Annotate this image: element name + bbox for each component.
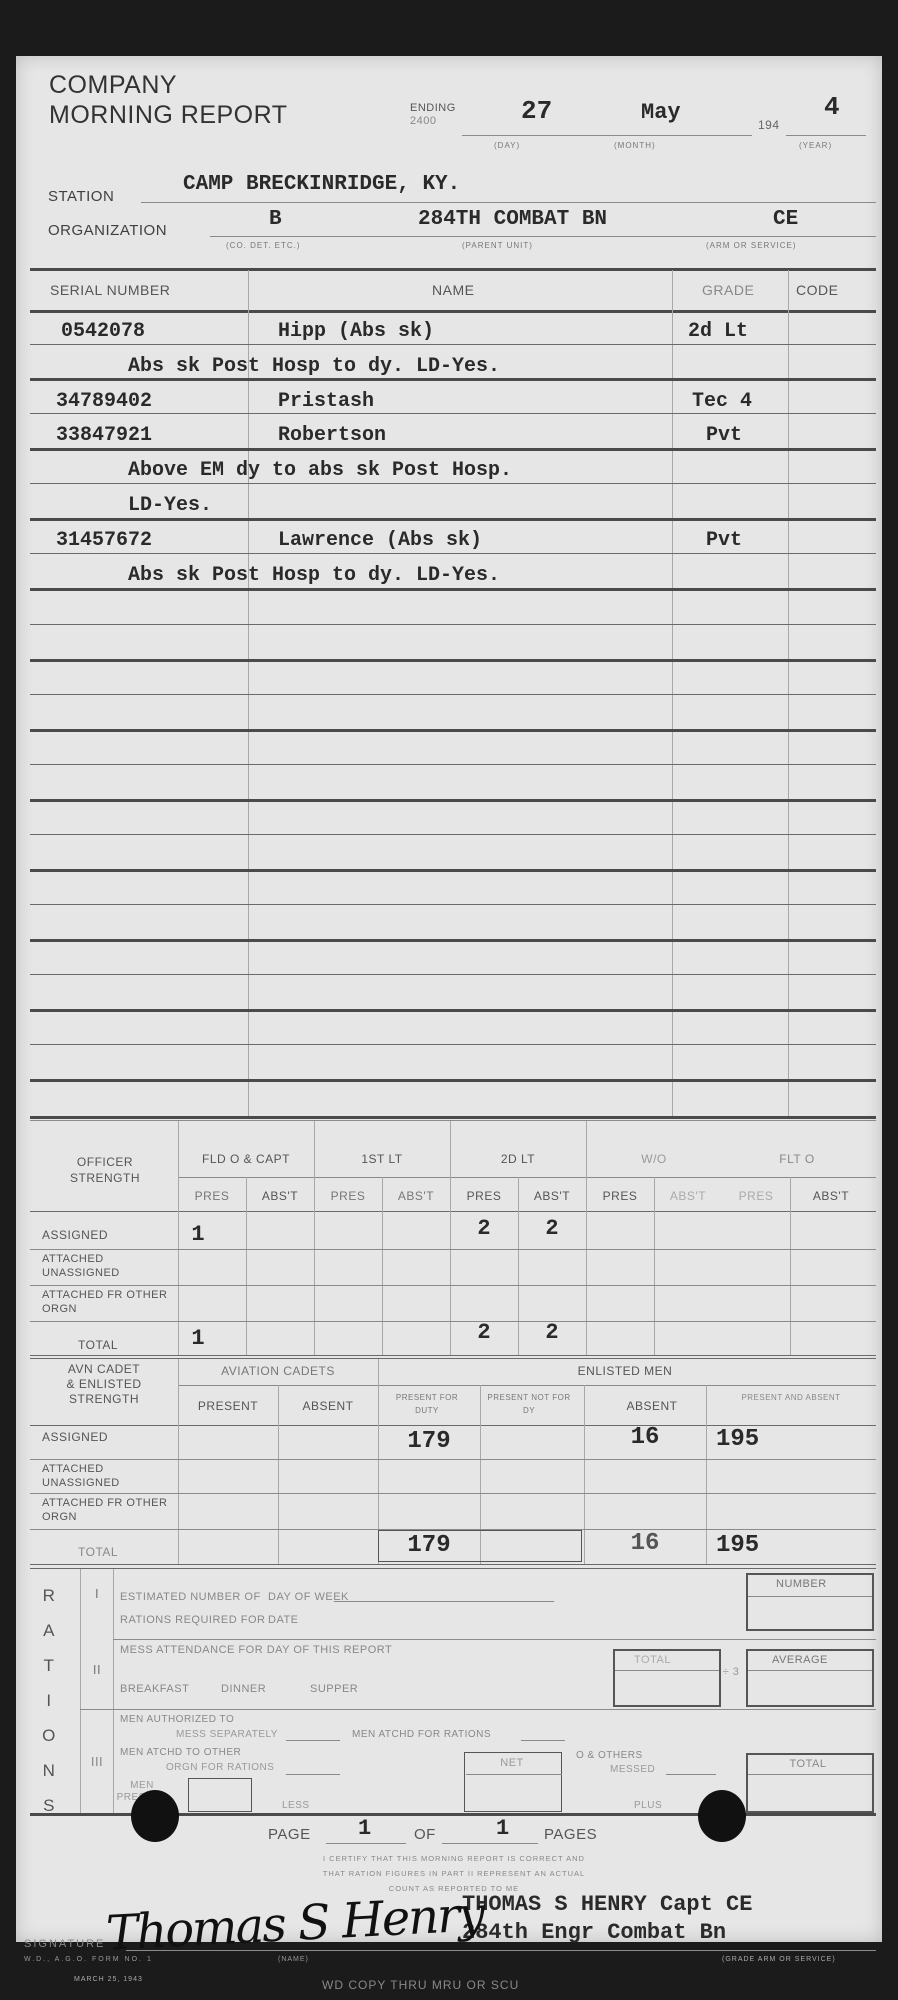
sub-pres: PRES	[586, 1189, 654, 1203]
ending-label: ENDING 2400	[410, 102, 456, 128]
roster-name: Hipp (Abs sk)	[278, 320, 434, 343]
certify-line2: THAT RATION FIGURES IN PART II REPRESENT…	[234, 1866, 674, 1881]
roster-name: Pristash	[278, 390, 374, 413]
mess-separately-line	[286, 1740, 340, 1741]
officer-row-rule	[30, 1249, 876, 1250]
roster-rule	[30, 1079, 876, 1082]
em-absent-header: ABSENT	[600, 1399, 704, 1413]
rations-letter: N	[38, 1753, 60, 1788]
punch-hole-right-icon	[698, 1790, 746, 1842]
date-label: DATE	[268, 1609, 349, 1632]
enlisted-strength-title: AVN CADET & ENLISTED STRENGTH	[34, 1362, 174, 1407]
roster-rule	[30, 413, 876, 414]
part-1-line2: RATIONS REQUIRED FOR	[120, 1609, 265, 1632]
report-month: May	[641, 100, 681, 125]
men-present-line1: MEN	[102, 1780, 182, 1792]
officer-table-top	[30, 1120, 876, 1121]
roster-grade: Pvt	[706, 424, 742, 447]
plus-label: PLUS	[634, 1800, 662, 1811]
average-box-label: AVERAGE	[772, 1654, 828, 1666]
name-caption: (NAME)	[278, 1956, 309, 1963]
day-of-week-label: DAY OF WEEK	[268, 1586, 349, 1609]
number-box-rule	[748, 1596, 872, 1597]
part-2-numeral: II	[82, 1662, 112, 1677]
em-present-and-absent-total: 195	[716, 1532, 759, 1559]
roster-rule	[30, 764, 876, 765]
enlisted-col-line	[178, 1359, 179, 1564]
year-prefix: 194	[758, 118, 780, 132]
roster-serial: 0542078	[61, 320, 145, 343]
em-present-and-absent-header: PRESENT AND ABSENT	[736, 1391, 846, 1404]
em-present-for-duty-header: PRESENT FOR DUTY	[384, 1391, 470, 1417]
em-present-and-absent-assigned: 195	[716, 1426, 759, 1453]
em-present-for-duty-assigned: 179	[378, 1428, 480, 1455]
aviation-cadets-header: AVIATION CADETS	[178, 1364, 378, 1378]
roster-rule	[30, 344, 876, 345]
roster-remark: Abs sk Post Hosp to dy. LD-Yes.	[128, 564, 500, 587]
em-absent-assigned: 16	[584, 1424, 706, 1451]
2d-lt-abst-total: 2	[518, 1320, 586, 1345]
enlisted-row-label: TOTAL	[78, 1545, 118, 1559]
others-messed-line	[666, 1774, 716, 1775]
grade-header: GRADE	[702, 282, 754, 298]
rations-col-line	[113, 1569, 114, 1813]
sub-abst: ABS'T	[790, 1189, 872, 1203]
org-parent-unit: 284TH COMBAT BN	[418, 208, 607, 231]
organization-label: ORGANIZATION	[48, 222, 167, 239]
group-w-o: W/O	[586, 1152, 722, 1166]
officer-row-label: ATTACHED FR OTHER ORGN	[42, 1288, 172, 1316]
others-line1: O & OTHERS	[576, 1750, 643, 1761]
rations-letter: T	[38, 1648, 60, 1683]
rations-letter: S	[38, 1788, 60, 1823]
part-1-label: ESTIMATED NUMBER OF RATIONS REQUIRED FOR	[120, 1586, 265, 1632]
day-caption: (DAY)	[494, 141, 520, 150]
certify-line1: I CERTIFY THAT THIS MORNING REPORT IS CO…	[234, 1851, 674, 1866]
typed-unit: 284th Engr Combat Bn	[462, 1920, 726, 1945]
sub-abst: ABS'T	[518, 1189, 586, 1203]
page-total: 1	[496, 1816, 509, 1841]
men-atchd-other-line1: MEN ATCHD TO OTHER	[120, 1747, 241, 1758]
officer-row-label: TOTAL	[78, 1338, 118, 1352]
station-underline	[141, 202, 876, 203]
officer-strength-title: OFFICER STRENGTH	[40, 1154, 170, 1186]
men-authorized-line2: MESS SEPARATELY	[176, 1729, 278, 1740]
form-title-line2: MORNING REPORT	[49, 100, 288, 130]
org-arm: CE	[773, 208, 798, 231]
rations-letter: I	[38, 1683, 60, 1718]
rations-total-label: TOTAL	[746, 1758, 870, 1770]
sub-pres: PRES	[314, 1189, 382, 1203]
fld-o-capt-pres-total: 1	[178, 1326, 218, 1351]
grade-caption: (GRADE ARM OR SERVICE)	[722, 1956, 836, 1963]
year-caption: (YEAR)	[799, 141, 832, 150]
cadets-present-header: PRESENT	[178, 1399, 278, 1413]
divide-by-three: ÷ 3	[720, 1666, 742, 1678]
officer-row-label: ATTACHED UNASSIGNED	[42, 1252, 172, 1280]
organization-underline	[210, 236, 876, 237]
mess-attendance-heading: MESS ATTENDANCE FOR DAY OF THIS REPORT	[120, 1644, 392, 1656]
group-fld-o-capt: FLD O & CAPT	[178, 1152, 314, 1166]
name-grade-divider	[672, 270, 673, 1116]
officer-row-rule	[30, 1285, 876, 1286]
men-atchd-rations-label: MEN ATCHD FOR RATIONS	[352, 1729, 491, 1740]
month-caption: (MONTH)	[614, 141, 656, 150]
date-underline	[462, 135, 752, 136]
group-2d-lt: 2D LT	[450, 1152, 586, 1166]
roster-rule	[30, 483, 876, 484]
rations-letter: A	[38, 1613, 60, 1648]
roster-rule	[30, 624, 876, 625]
officer-col-line	[246, 1177, 247, 1355]
2d-lt-pres-assigned: 2	[450, 1216, 518, 1241]
enlisted-title-3: STRENGTH	[34, 1392, 174, 1407]
men-authorized-line1: MEN AUTHORIZED TO	[120, 1714, 234, 1725]
signature-label: SIGNATURE	[24, 1938, 105, 1950]
serial-name-divider	[248, 270, 249, 1116]
form-date: MARCH 25, 1943	[74, 1976, 143, 1983]
number-box-label: NUMBER	[776, 1578, 827, 1590]
org-company: B	[269, 208, 282, 231]
breakfast-label: BREAKFAST	[120, 1683, 189, 1695]
org-parent-caption: (PARENT UNIT)	[462, 241, 533, 250]
enlisted-group-rule	[178, 1385, 876, 1386]
cadets-absent-header: ABSENT	[278, 1399, 378, 1413]
men-atchd-rations-line	[521, 1740, 565, 1741]
roster-rule	[30, 518, 876, 521]
officer-strength-title-2: STRENGTH	[40, 1170, 170, 1186]
ending-label-text: ENDING	[410, 102, 456, 115]
officer-table-bottom	[30, 1355, 876, 1356]
roster-rule	[30, 834, 876, 835]
roster-rule	[30, 904, 876, 905]
station-value: CAMP BRECKINRIDGE, KY.	[183, 173, 460, 196]
officer-group-rule	[178, 1177, 876, 1178]
officer-row-label: ASSIGNED	[42, 1228, 108, 1242]
form-title-line1: COMPANY	[49, 70, 177, 100]
form-number: W.D., A.G.O. FORM NO. 1	[24, 1956, 153, 1963]
ending-time-text: 2400	[410, 115, 456, 128]
roster-remark: LD-Yes.	[128, 494, 212, 517]
roster-remark: Above EM dy to abs sk Post Hosp.	[128, 459, 512, 482]
enlisted-row-label: ASSIGNED	[42, 1430, 108, 1444]
officer-col-line	[654, 1177, 655, 1355]
officer-col-line	[382, 1177, 383, 1355]
roster-serial: 33847921	[56, 424, 152, 447]
roster-rule	[30, 659, 876, 662]
roster-top-rule	[30, 268, 876, 271]
day-of-week-line	[334, 1601, 554, 1602]
em-present-not-for-duty-header: PRESENT NOT FOR DY	[486, 1391, 572, 1417]
officer-strength-title-1: OFFICER	[40, 1154, 170, 1170]
2d-lt-pres-total: 2	[450, 1320, 518, 1345]
station-label: STATION	[48, 188, 114, 205]
enlisted-col-line	[706, 1385, 707, 1564]
enlisted-row-rule	[30, 1459, 876, 1460]
sub-abst: ABS'T	[246, 1189, 314, 1203]
officer-col-line	[314, 1121, 315, 1355]
page-total-line	[442, 1843, 538, 1844]
rations-side-label: R A T I O N S	[38, 1578, 60, 1823]
group-flt-o: FLT O	[722, 1152, 872, 1166]
typed-name-grade: THOMAS S HENRY Capt CE	[462, 1892, 752, 1917]
name-header: NAME	[432, 282, 474, 298]
page-number: 1	[358, 1816, 371, 1841]
roster-serial: 34789402	[56, 390, 152, 413]
roster-rule	[30, 694, 876, 695]
em-present-for-duty-total: 179	[378, 1532, 480, 1559]
sub-abst: ABS'T	[382, 1189, 450, 1203]
part-1-rule	[113, 1639, 876, 1640]
roster-rule	[30, 1044, 876, 1045]
year-underline	[786, 135, 866, 136]
roster-grade: 2d Lt	[688, 320, 748, 343]
enlisted-title-1: AVN CADET	[34, 1362, 174, 1377]
enlisted-table-top	[30, 1358, 876, 1359]
of-label: OF	[414, 1826, 436, 1843]
page-number-line	[326, 1843, 406, 1844]
2d-lt-abst-assigned: 2	[518, 1216, 586, 1241]
enlisted-col-line	[278, 1385, 279, 1564]
roster-bottom-rule	[30, 1116, 876, 1119]
em-absent-total: 16	[584, 1530, 706, 1557]
org-arm-caption: (ARM OR SERVICE)	[706, 241, 797, 250]
report-year-suffix: 4	[824, 92, 840, 122]
roster-rule	[30, 588, 876, 591]
officer-col-line	[586, 1121, 587, 1355]
mess-total-label: TOTAL	[634, 1654, 671, 1666]
rations-col-line	[80, 1569, 81, 1813]
roster-name: Lawrence (Abs sk)	[278, 529, 482, 552]
roster-rule	[30, 553, 876, 554]
fld-o-capt-pres-assigned: 1	[178, 1222, 218, 1247]
punch-hole-left-icon	[131, 1790, 179, 1842]
wd-copy-text: WD COPY THRU MRU OR SCU	[322, 1978, 519, 1992]
roster-rule	[30, 448, 876, 451]
roster-serial: 31457672	[56, 529, 152, 552]
code-header: CODE	[796, 282, 838, 298]
rations-total-rule	[748, 1774, 872, 1775]
report-day: 27	[521, 96, 552, 126]
roster-rule	[30, 378, 876, 381]
officer-col-line	[790, 1177, 791, 1355]
roster-rule	[30, 974, 876, 975]
part-1-numeral: I	[82, 1586, 112, 1601]
part-1-fields: DAY OF WEEK DATE	[268, 1586, 349, 1632]
roster-rule	[30, 1009, 876, 1012]
average-box-rule	[748, 1670, 872, 1671]
enlisted-men-header: ENLISTED MEN	[378, 1364, 872, 1378]
sub-pres: PRES	[178, 1189, 246, 1203]
roster-remark: Abs sk Post Hosp to dy. LD-Yes.	[128, 355, 500, 378]
page-label: PAGE	[268, 1826, 311, 1843]
grade-code-divider	[788, 270, 789, 1116]
enlisted-title-2: & ENLISTED	[34, 1377, 174, 1392]
net-box-rule	[466, 1774, 562, 1775]
pages-label: PAGES	[544, 1826, 597, 1843]
dinner-label: DINNER	[221, 1683, 266, 1695]
enlisted-row-rule	[30, 1493, 876, 1494]
rations-top-rule	[30, 1568, 876, 1569]
roster-grade: Pvt	[706, 529, 742, 552]
men-atchd-other-line	[286, 1774, 340, 1775]
sub-pres: PRES	[450, 1189, 518, 1203]
sub-pres: PRES	[722, 1189, 790, 1203]
mess-total-rule	[615, 1670, 719, 1671]
part-2-rule	[80, 1709, 876, 1710]
roster-rule	[30, 799, 876, 802]
morning-report-form: COMPANY MORNING REPORT ENDING 2400 27 Ma…	[16, 56, 882, 1942]
rations-letter: R	[38, 1578, 60, 1613]
enlisted-row-label: ATTACHED FR OTHER ORGN	[42, 1496, 172, 1524]
officer-header-rule	[30, 1211, 876, 1212]
enlisted-table-bottom	[30, 1564, 876, 1565]
supper-label: SUPPER	[310, 1683, 358, 1695]
part-1-line1: ESTIMATED NUMBER OF	[120, 1586, 265, 1609]
net-box-label: NET	[464, 1757, 560, 1769]
enlisted-row-label: ATTACHED UNASSIGNED	[42, 1462, 172, 1490]
roster-name: Robertson	[278, 424, 386, 447]
men-atchd-other-line2: ORGN FOR RATIONS	[166, 1762, 274, 1773]
serial-number-header: SERIAL NUMBER	[50, 282, 170, 298]
men-present-box	[188, 1778, 252, 1812]
less-label: LESS	[282, 1800, 310, 1811]
part-3-numeral: III	[82, 1754, 112, 1769]
roster-header-rule	[30, 310, 876, 313]
group-1st-lt: 1ST LT	[314, 1152, 450, 1166]
rations-letter: O	[38, 1718, 60, 1753]
sub-abst: ABS'T	[654, 1189, 722, 1203]
roster-rule	[30, 869, 876, 872]
roster-grade: Tec 4	[692, 390, 752, 413]
others-line2: MESSED	[610, 1764, 655, 1775]
roster-rule	[30, 729, 876, 732]
roster-rule	[30, 939, 876, 942]
org-company-caption: (CO. DET. ETC.)	[226, 241, 301, 250]
